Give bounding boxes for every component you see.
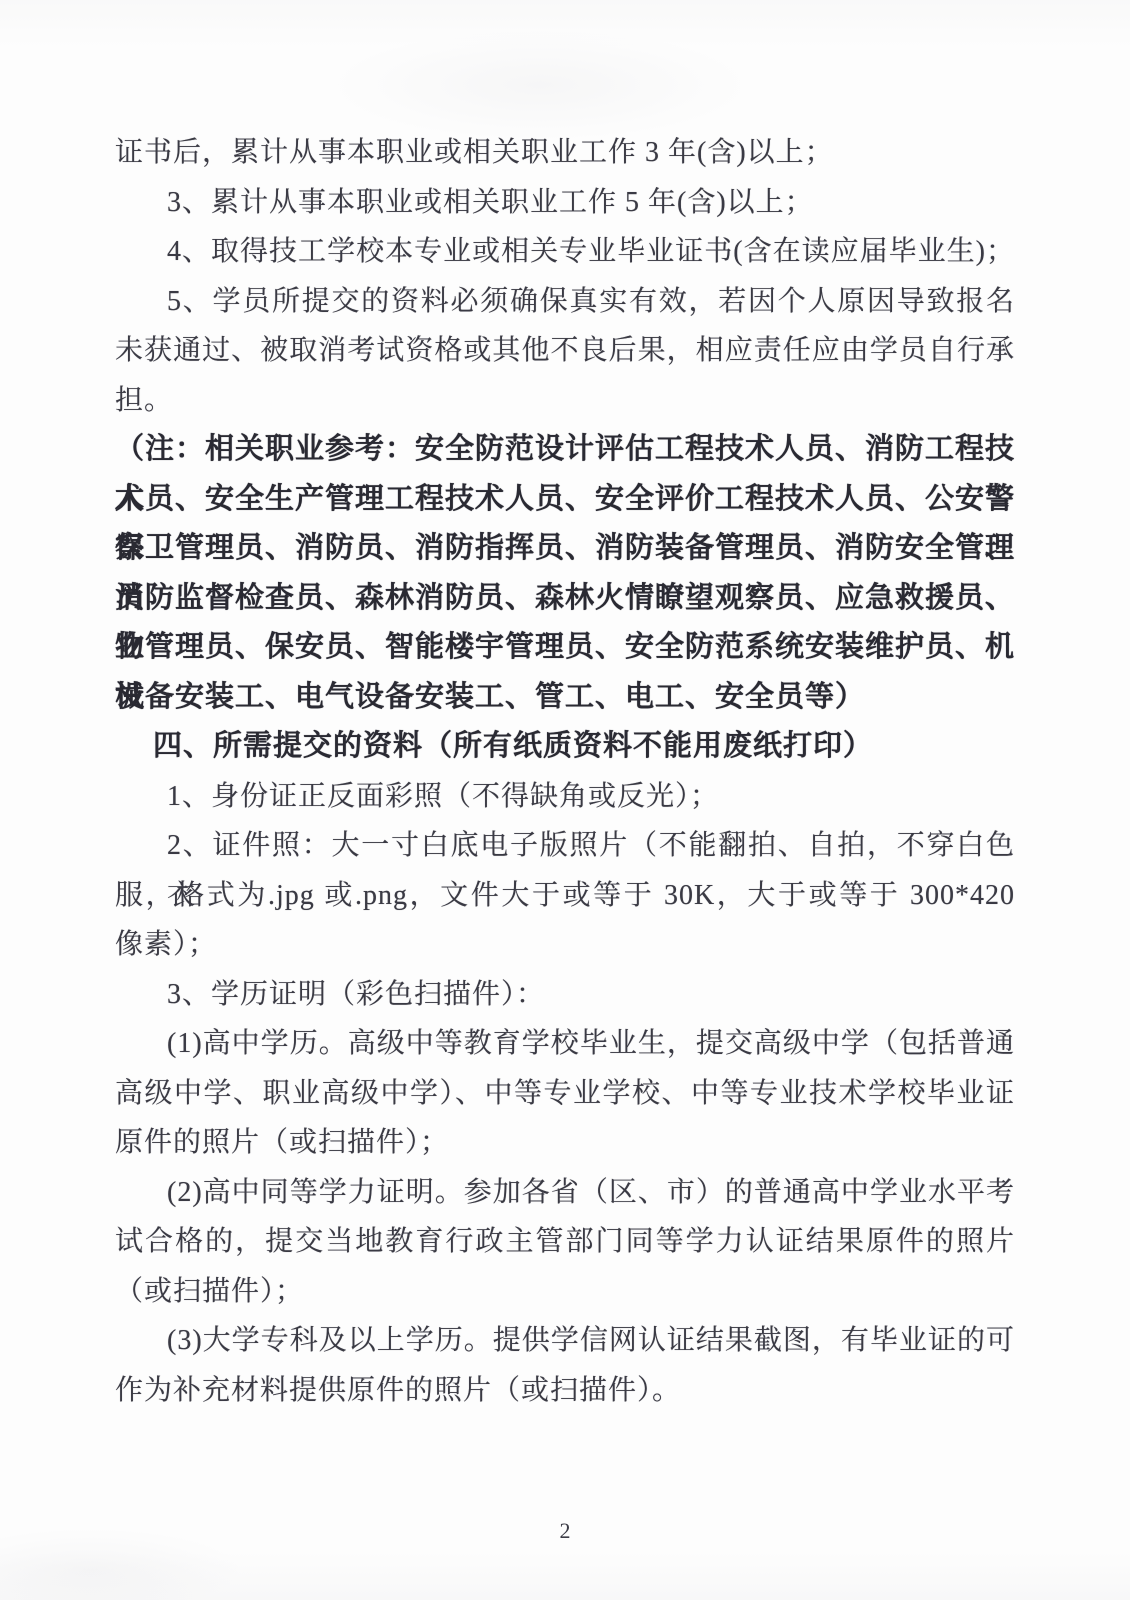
text-line: 像素）； xyxy=(115,920,1015,970)
text-line: 试合格的，提交当地教育行政主管部门同等学力认证结果原件的照片 xyxy=(115,1217,1015,1267)
document-page: 证书后，累计从事本职业或相关职业工作 3 年(含)以上； 3、累计从事本职业或相… xyxy=(0,0,1130,1600)
document-body: 证书后，累计从事本职业或相关职业工作 3 年(含)以上； 3、累计从事本职业或相… xyxy=(115,128,1015,1415)
note-line: 人员、安全生产管理工程技术人员、安全评价工程技术人员、公安警察、 xyxy=(115,475,1015,525)
text-line: 3、学历证明（彩色扫描件）： xyxy=(115,970,1015,1020)
text-line: 1、身份证正反面彩照（不得缺角或反光）； xyxy=(115,772,1015,822)
note-line: 消防监督检查员、森林消防员、森林火情瞭望观察员、应急救援员、物 xyxy=(115,574,1015,624)
text-line: 2、证件照：大一寸白底电子版照片（不能翻拍、自拍，不穿白色衣 xyxy=(115,821,1015,871)
text-line: (2)高中同等学力证明。参加各省（区、市）的普通高中学业水平考 xyxy=(115,1168,1015,1218)
note-line: （注：相关职业参考：安全防范设计评估工程技术人员、消防工程技术 xyxy=(115,425,1015,475)
note-line: 设备安装工、电气设备安装工、管工、电工、安全员等） xyxy=(115,673,1015,723)
text-line: 担。 xyxy=(115,376,1015,426)
text-line: 3、累计从事本职业或相关职业工作 5 年(含)以上； xyxy=(115,178,1015,228)
text-line: 服，格式为.jpg 或.png，文件大于或等于 30K，大于或等于 300*42… xyxy=(115,871,1015,921)
text-line: 未获通过、被取消考试资格或其他不良后果，相应责任应由学员自行承 xyxy=(115,326,1015,376)
text-line: 5、学员所提交的资料必须确保真实有效，若因个人原因导致报名 xyxy=(115,277,1015,327)
text-line: (3)大学专科及以上学历。提供学信网认证结果截图，有毕业证的可 xyxy=(115,1316,1015,1366)
note-line: 保卫管理员、消防员、消防指挥员、消防装备管理员、消防安全管理员、 xyxy=(115,524,1015,574)
note-line: 业管理员、保安员、智能楼宇管理员、安全防范系统安装维护员、机械 xyxy=(115,623,1015,673)
text-line: （或扫描件）； xyxy=(115,1267,1015,1317)
text-line: 作为补充材料提供原件的照片（或扫描件）。 xyxy=(115,1366,1015,1416)
page-number: 2 xyxy=(0,1516,1130,1546)
text-line: 4、取得技工学校本专业或相关专业毕业证书(含在读应届毕业生)； xyxy=(115,227,1015,277)
section-heading: 四、所需提交的资料（所有纸质资料不能用废纸打印） xyxy=(115,722,1015,772)
text-line: (1)高中学历。高级中等教育学校毕业生，提交高级中学（包括普通 xyxy=(115,1019,1015,1069)
text-line: 高级中学、职业高级中学）、中等专业学校、中等专业技术学校毕业证 xyxy=(115,1069,1015,1119)
text-line: 证书后，累计从事本职业或相关职业工作 3 年(含)以上； xyxy=(115,128,1015,178)
text-line: 原件的照片（或扫描件）； xyxy=(115,1118,1015,1168)
